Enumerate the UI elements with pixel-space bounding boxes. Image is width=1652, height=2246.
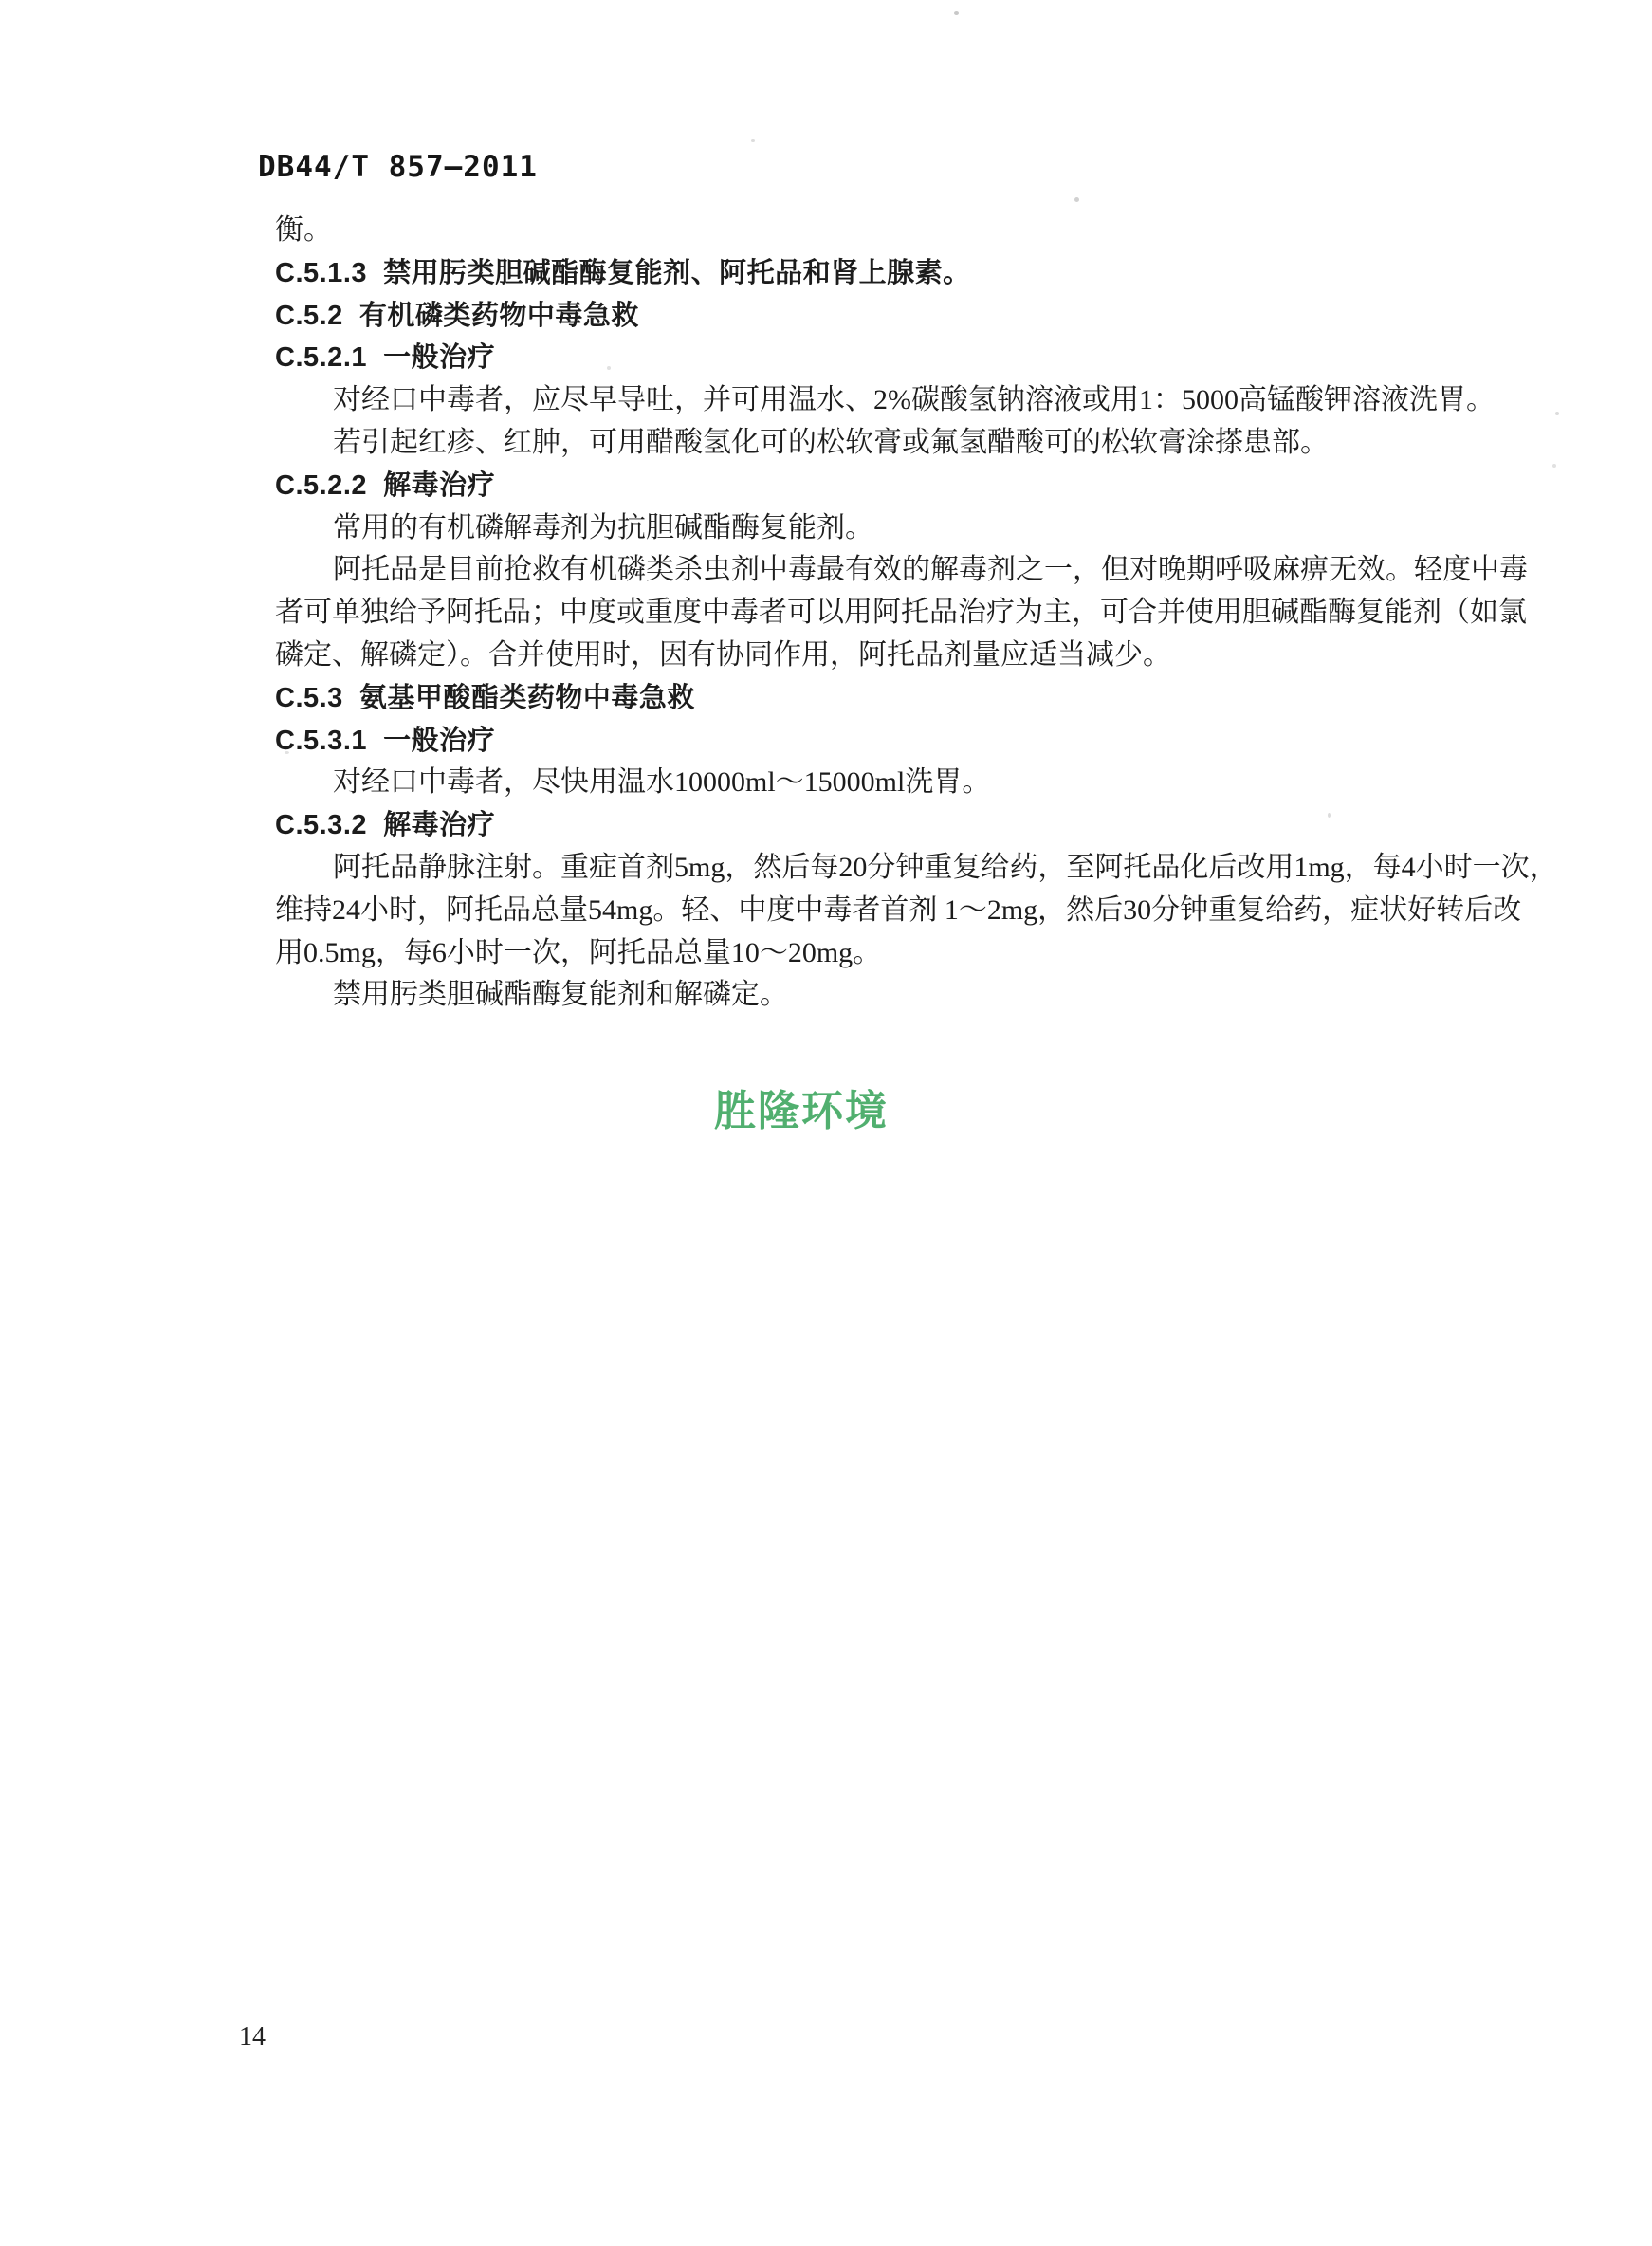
body-line: 对经口中毒者，尽快用温水10000ml～15000ml洗胃。 — [275, 762, 1494, 804]
page-number: 14 — [239, 2022, 266, 2053]
body-line: 阿托品静脉注射。重症首剂5mg，然后每20分钟重复给药，至阿托品化后改用1mg，… — [275, 847, 1494, 890]
body-line: 对经口中毒者，应尽早导吐，并可用温水、2%碳酸氢钠溶液或用1：5000高锰酸钾溶… — [275, 379, 1494, 422]
scan-speck — [1552, 464, 1556, 468]
section-heading: C.5.2 有机磷类药物中毒急救 — [275, 295, 1494, 338]
body-line: 禁用肟类胆碱酯酶复能剂和解磷定。 — [275, 974, 1494, 1017]
standard-number-header: DB44/T 857—2011 — [258, 150, 538, 184]
green-watermark-text: 胜隆环境 — [714, 1077, 889, 1137]
section-heading: C.5.2.1 一般治疗 — [275, 337, 1494, 379]
scan-speck — [285, 751, 289, 754]
section-heading: C.5.3.2 解毒治疗 — [275, 804, 1494, 847]
section-heading: C.5.2.2 解毒治疗 — [275, 465, 1494, 507]
body-line: 若引起红疹、红肿，可用醋酸氢化可的松软膏或氟氢醋酸可的松软膏涂搽患部。 — [275, 422, 1494, 465]
body-line: 衡。 — [275, 210, 1494, 252]
scan-speck — [607, 366, 611, 370]
scan-speck — [954, 11, 959, 15]
body-line: 者可单独给予阿托品；中度或重度中毒者可以用阿托品治疗为主，可合并使用胆碱酯酶复能… — [275, 592, 1494, 635]
scan-speck — [1328, 813, 1331, 818]
body-line: 用0.5mg，每6小时一次，阿托品总量10～20mg。 — [275, 932, 1494, 975]
scan-speck — [1555, 412, 1559, 415]
body-line: 维持24小时，阿托品总量54mg。轻、中度中毒者首剂 1～2mg，然后30分钟重… — [275, 890, 1494, 932]
section-heading: C.5.3 氨基甲酸酯类药物中毒急救 — [275, 677, 1494, 720]
body-line: 磷定、解磷定）。合并使用时，因有协同作用，阿托品剂量应适当减少。 — [275, 635, 1494, 677]
scan-speck — [1074, 197, 1079, 202]
scan-speck — [751, 139, 755, 142]
document-body: 衡。 C.5.1.3 禁用肟类胆碱酯酶复能剂、阿托品和肾上腺素。 C.5.2 有… — [275, 210, 1494, 1017]
document-page: DB44/T 857—2011 衡。 C.5.1.3 禁用肟类胆碱酯酶复能剂、阿… — [0, 0, 1652, 2246]
body-line: 常用的有机磷解毒剂为抗胆碱酯酶复能剂。 — [275, 507, 1494, 550]
body-line: 阿托品是目前抢救有机磷类杀虫剂中毒最有效的解毒剂之一，但对晚期呼吸麻痹无效。轻度… — [275, 549, 1494, 592]
section-heading: C.5.1.3 禁用肟类胆碱酯酶复能剂、阿托品和肾上腺素。 — [275, 252, 1494, 295]
section-heading: C.5.3.1 一般治疗 — [275, 720, 1494, 763]
